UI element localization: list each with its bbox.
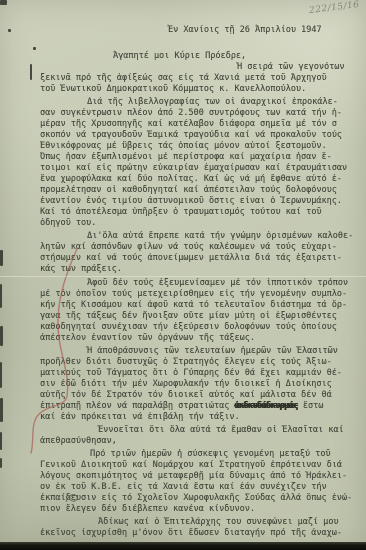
letter-line: καί ἐάν πρόκειται νά ἐπιβάλῃ τήν τάξιν.: [40, 412, 356, 423]
letter-line: στήσωμεν καί νά τούς ἀπονείμωμεν μετάλλι…: [40, 253, 356, 264]
scanned-letter-page: 222/15/16 Ἐν Χανίοις τῇ 26 Ἀπριλίου 1947…: [0, 0, 366, 550]
letter-line: κάς των πράξεις.: [40, 264, 356, 275]
letter-line: ἐναντίον ἑνός τιμίου ἀστυνομικοῦ ὅστις ε…: [40, 196, 356, 207]
letter-line: Ἡ σειρά τῶν γεγονότων: [40, 62, 356, 73]
letter-line: ματικούς τοῦ Τάγματος ὅτι ὁ Γύπαρης δέν …: [40, 368, 356, 379]
letter-line: μέραν τῆς Χρυσοπηγῆς καί κατέλαβον διάφο…: [40, 119, 356, 130]
letter-line: Ὅπως ἦσαν ἐξωπλισμένοι μέ περίστροφα καί…: [40, 152, 356, 163]
scan-speck: [30, 64, 32, 80]
scan-speck: [8, 29, 11, 32]
letter-line: τοῦ Ἑνωτικοῦ Δημοκρατικοῦ Κόμματος κ. Κα…: [40, 84, 356, 95]
dateline: Ἐν Χανίοις τῇ 26 Ἀπριλίου 1947: [168, 25, 322, 35]
paragraph: Ἡ σειρά τῶν γεγονότωνξεκινᾶ πρό τῆς ἀφίξ…: [40, 62, 356, 95]
letter-line: ξεκινᾶ πρό τῆς ἀφίξεώς σας εἰς τά Χανιά …: [40, 73, 356, 84]
letter-line: Ἐννοεῖται ὅτι ὅλα αὐτά τά ἔμαθαν οἱ Ἐλασ…: [40, 425, 356, 436]
scan-edge-mark: [0, 458, 2, 468]
scan-edge-mark: [0, 398, 3, 422]
paragraph: Πρό τριῶν ἡμερῶν ἡ σύσκεψις γενομένη μετ…: [40, 449, 356, 515]
salutation: Ἀγαπητέ μοι Κύριε Πρόεδρε,: [113, 51, 246, 61]
letter-line: Καί τό ἀποτέλεσμα ὑπῆρξεν ὁ τραυματισμός…: [40, 207, 356, 218]
letter-line: προμελέτησαν οἱ καθοδηγηταί καί ἀπέστειλ…: [40, 185, 356, 196]
archive-number-annotation: 222/15/16: [309, 0, 360, 16]
paragraph: Ἡ ἀποθράσυνσις τῶν τελευταίων ἡμερῶν τῶν…: [40, 346, 356, 423]
paragraph: Διά τῆς λιβελλογραφίας των οἱ ἀναρχικοί …: [40, 97, 356, 229]
paragraph: Ἀδίκως καί ὁ Ἐπιτελάρχης του συνεφώνει μ…: [40, 517, 356, 539]
letter-line: πιον ἔλεγεν δέν διέβλεπεν κανένα κίνδυνο…: [40, 504, 356, 515]
letter-line: ον ἐκ τοῦ Κ.Β.Ε. εἰς τά Χανιά ἔστω καί ἐ…: [40, 482, 356, 493]
scan-speck: [0, 0, 7, 5]
letter-line: Πρό τριῶν ἡμερῶν ἡ σύσκεψις γενομένη μετ…: [40, 449, 356, 460]
letter-line: Δι'ὅλα αὐτά ἔπρεπε κατά τήν γνώμην ὁρισμ…: [40, 231, 356, 242]
line-text: ἔστω: [298, 401, 324, 411]
letter-line: τοιμοι καί εἰς πρώτην εὐκαιρίαν ἐμαχαίρω…: [40, 163, 356, 174]
paragraph: Ἐννοεῖται ὅτι ὅλα αὐτά τά ἔμαθαν οἱ Ἐλασ…: [40, 425, 356, 447]
scan-edge-mark: [0, 362, 2, 388]
letter-line: γανα τῆς τάξεως δέν ἤνοιξαν οὔτε μίαν μύ…: [40, 311, 356, 322]
letter-line: ὁδηγοῦ του.: [40, 218, 356, 229]
letter-line: ἕνα χωροφύλακα καί δύο πολίτας. Καί ὡς ν…: [40, 174, 356, 185]
paper-crease: [0, 276, 366, 277]
letter-body: Ἡ σειρά τῶν γεγονότωνξεκινᾶ πρό τῆς ἀφίξ…: [40, 62, 356, 542]
letter-line: Ἀδίκως καί ὁ Ἐπιτελάρχης του συνεφώνει μ…: [40, 517, 356, 528]
letter-line: κήν τῆς Κισσάμου καί ἀφοῦ κατά τό τελευτ…: [40, 300, 356, 311]
scan-speck: [33, 47, 36, 50]
letter-line: Γενικοῦ Διοικητοῦ καί Νομάρχου καί Στρατ…: [40, 460, 356, 471]
scan-edge-mark: [0, 284, 2, 308]
overstruck-text: ἀκδκυδάδκυρμάς: [234, 401, 297, 411]
letter-line: Ἐθνικόφρονας μέ ὕβρεις τάς ὁποίας μόνον …: [40, 141, 356, 152]
letter-line: ἐπιτραπῇ πλέον νά παραλάβῃ στρατιώτας ἀκ…: [40, 401, 356, 412]
letter-line: σκοπόν νά τραγουδοῦν Ἐαμικά τραγούδια κα…: [40, 130, 356, 141]
scan-edge-mark: [0, 250, 3, 266]
letter-line: Ἡ ἀποθράσυνσις τῶν τελευταίων ἡμερῶν τῶν…: [40, 346, 356, 357]
letter-line: ἀπέστελον ἐναντίον τῶν ὀργάνων τῆς τάξεω…: [40, 333, 356, 344]
letter-line: μέ τόν ὁποῖον τούς μετεχειρίσθημεν εἰς τ…: [40, 289, 356, 300]
letter-line: Ἀφοῦ δέν τούς ἐξευμενίσαμεν μέ τόν ἱπποτ…: [40, 278, 356, 289]
letter-line: Διά τῆς λιβελλογραφίας των οἱ ἀναρχικοί …: [40, 97, 356, 108]
letter-line: καθοδηγηταί συνέχισαν τήν ἐξεύρεσιν δολο…: [40, 322, 356, 333]
letter-line: αὐτῆς τόν δέ Στρατόν τόν διοικεῖ αὐτός κ…: [40, 390, 356, 401]
letter-line: προῆλθεν διότι δυστυχῶς ὁ Στρατηγός ἔλεγ…: [40, 357, 356, 368]
letter-line: σαν συγκέντρωσιν πλέον ἀπό 2.500 συντρόφ…: [40, 108, 356, 119]
letter-line: ἐκπαίδευσιν εἰς τό Σχολεῖον Χωροφυλακῆς …: [40, 493, 356, 504]
letter-line: λόγους σκοπιμότητος νά μεταφερθῇ μία δύν…: [40, 471, 356, 482]
letter-line: ἀπεθρασύνθησαν,: [40, 436, 356, 447]
paragraph: Δι'ὅλα αὐτά ἔπρεπε κατά τήν γνώμην ὁρισμ…: [40, 231, 356, 275]
scan-edge-mark: [0, 326, 3, 346]
letter-line: ἐκεῖνος ἰσχυρίσθη μ'όνον ὅτι ἔδωσεν διατ…: [40, 528, 356, 539]
letter-line: σιν ἐδῶ διότι τήν μέν Χωροφυλακήν τήν δι…: [40, 379, 356, 390]
scan-edge-mark: [0, 432, 2, 450]
paragraph: Ἀφοῦ δέν τούς ἐξευμενίσαμεν μέ τόν ἱπποτ…: [40, 278, 356, 344]
line-text: ἐπιτραπῇ πλέον νά παραλάβῃ στρατιώτας: [40, 401, 234, 411]
scan-edge-bottom: [0, 542, 366, 550]
letter-line: λητῶν καί ἀσπόνδων φίλων νά τούς καλέσωμ…: [40, 242, 356, 253]
